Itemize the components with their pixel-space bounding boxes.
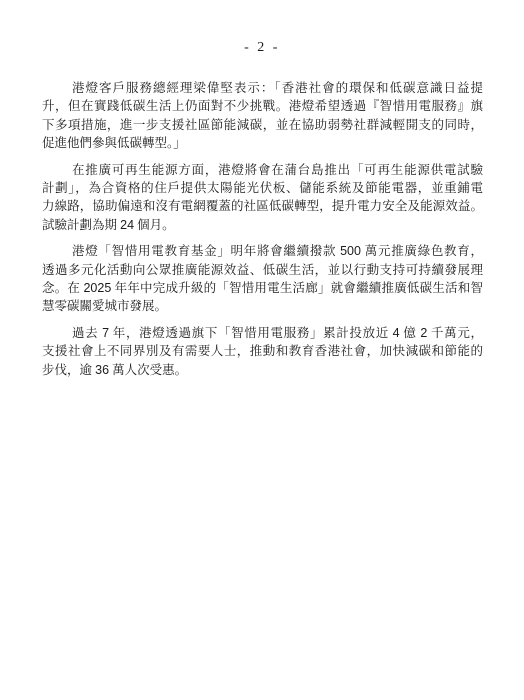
text-line: 升，但在實踐低碳生活上仍面對不少挑戰。港燈希望透過『智惜用電服務』旗 xyxy=(42,97,483,115)
paragraph-education-fund: 港燈「智惜用電教育基金」明年將會繼續撥款 500 萬元推廣綠色教育， 透過多元化… xyxy=(42,242,483,315)
page-sheet: - 2 - 港燈客戶服務總經理梁偉堅表示：「香港社會的環保和低碳意識日益提 升，… xyxy=(0,0,524,700)
text-line: 促進他們參與低碳轉型。」 xyxy=(42,134,483,152)
text-line: 下多項措施，進一步支援社區節能減碳，並在協助弱勢社群減輕開支的同時， xyxy=(42,116,483,134)
text-line: 步伐，逾 36 萬人次受惠。 xyxy=(42,361,483,379)
text-line: 港燈「智惜用電教育基金」明年將會繼續撥款 500 萬元推廣綠色教育， xyxy=(42,242,483,260)
text-line: 過去 7 年，港燈透過旗下「智惜用電服務」累計投放近 4 億 2 千萬元， xyxy=(42,324,483,342)
paragraph-past-investment: 過去 7 年，港燈透過旗下「智惜用電服務」累計投放近 4 億 2 千萬元， 支援… xyxy=(42,324,483,379)
text-line: 念。在 2025 年年中完成升級的「智惜用電生活廊」就會繼續推廣低碳生活和智 xyxy=(42,279,483,297)
page-number: - 2 - xyxy=(0,41,524,55)
text-line: 在推廣可再生能源方面，港燈將會在蒲台島推出「可再生能源供電試驗 xyxy=(42,161,483,179)
text-line: 慧零碳關愛城市發展。 xyxy=(42,297,483,315)
text-line: 港燈客戶服務總經理梁偉堅表示：「香港社會的環保和低碳意識日益提 xyxy=(42,79,483,97)
text-line: 力線路，協助偏遠和沒有電網覆蓋的社區低碳轉型，提升電力安全及能源效益。 xyxy=(42,197,483,215)
text-line: 計劃」，為合資格的住戶提供太陽能光伏板、儲能系統及節能電器，並重鋪電 xyxy=(42,179,483,197)
text-line: 試驗計劃為期 24 個月。 xyxy=(42,216,483,234)
document-page: { "page": { "number_label": "- 2 -", "ba… xyxy=(0,0,524,700)
document-body: 港燈客戶服務總經理梁偉堅表示：「香港社會的環保和低碳意識日益提 升，但在實踐低碳… xyxy=(42,79,483,387)
paragraph-quote: 港燈客戶服務總經理梁偉堅表示：「香港社會的環保和低碳意識日益提 升，但在實踐低碳… xyxy=(42,79,483,152)
paragraph-renewable-energy: 在推廣可再生能源方面，港燈將會在蒲台島推出「可再生能源供電試驗 計劃」，為合資格… xyxy=(42,161,483,234)
text-line: 透過多元化活動向公眾推廣能源效益、低碳生活，並以行動支持可持續發展理 xyxy=(42,261,483,279)
text-line: 支援社會上不同界別及有需要人士，推動和教育香港社會，加快減碳和節能的 xyxy=(42,342,483,360)
